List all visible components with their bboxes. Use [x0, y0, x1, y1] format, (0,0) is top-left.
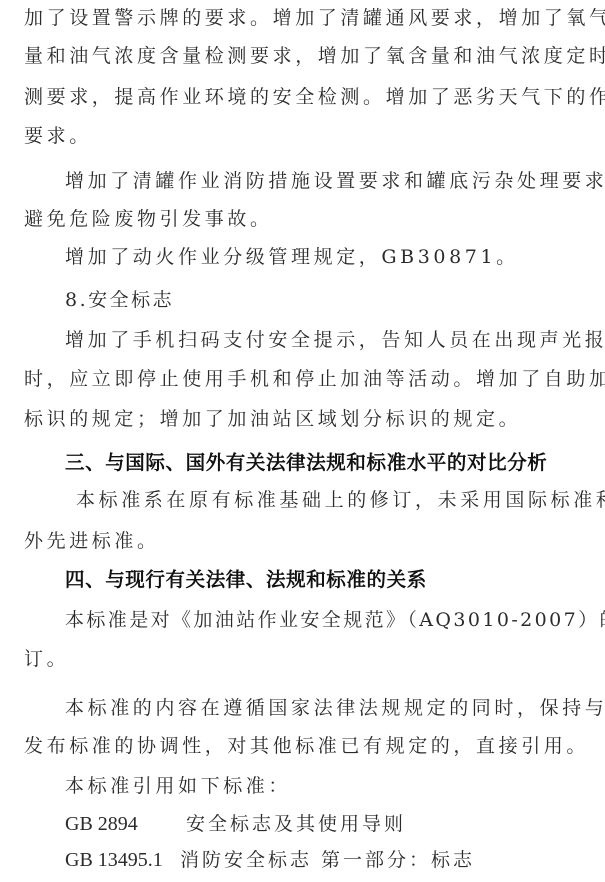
- section-heading-4: 四、与现行有关法律、法规和标准的关系: [65, 568, 587, 592]
- paragraph-line: 增加了手机扫码支付安全提示，告知人员在出现声光报警: [65, 328, 587, 352]
- paragraph-line: 本标准是对《加油站作业安全规范》（AQ3010-2007）的修: [65, 608, 587, 632]
- paragraph-line: 增加了动火作业分级管理规定，GB30871。: [65, 245, 587, 269]
- reference-code: GB 2894: [65, 812, 138, 836]
- paragraph-line: 时，应立即停止使用手机和停止加油等活动。增加了自助加油: [24, 367, 587, 391]
- paragraph-line: 订。: [24, 647, 587, 671]
- reference-title: 安全标志及其使用导则: [186, 812, 406, 836]
- subsection-title: 8.安全标志: [65, 288, 587, 312]
- paragraph-line: 本标准引用如下标准：: [65, 774, 587, 798]
- reference-title: 消防安全标志 第一部分：标志: [180, 848, 475, 872]
- paragraph-line: 本标准的内容在遵循国家法律法规规定的同时，保持与已: [65, 696, 587, 720]
- section-heading-3: 三、与国际、国外有关法律法规和标准水平的对比分析: [65, 451, 587, 475]
- paragraph-line: 避免危险废物引发事故。: [24, 207, 587, 231]
- paragraph-line: 增加了清罐作业消防措施设置要求和罐底污杂处理要求，: [65, 169, 587, 193]
- paragraph-line: 要求。: [24, 124, 587, 148]
- paragraph-line: 外先进标准。: [24, 529, 587, 553]
- paragraph-line: 加了设置警示牌的要求。增加了清罐通风要求，增加了氧气含: [24, 6, 587, 30]
- paragraph-line: 发布标准的协调性，对其他标准已有规定的，直接引用。: [24, 734, 587, 758]
- reference-code: GB 13495.1: [65, 848, 163, 872]
- paragraph-line: 测要求，提高作业环境的安全检测。增加了恶劣天气下的作业: [24, 85, 587, 109]
- paragraph-line: 本标准系在原有标准基础上的修订，未采用国际标准和国: [76, 488, 587, 512]
- paragraph-line: 量和油气浓度含量检测要求，增加了氧含量和油气浓度定时复: [24, 44, 587, 68]
- paragraph-line: 标识的规定；增加了加油站区域划分标识的规定。: [24, 407, 587, 431]
